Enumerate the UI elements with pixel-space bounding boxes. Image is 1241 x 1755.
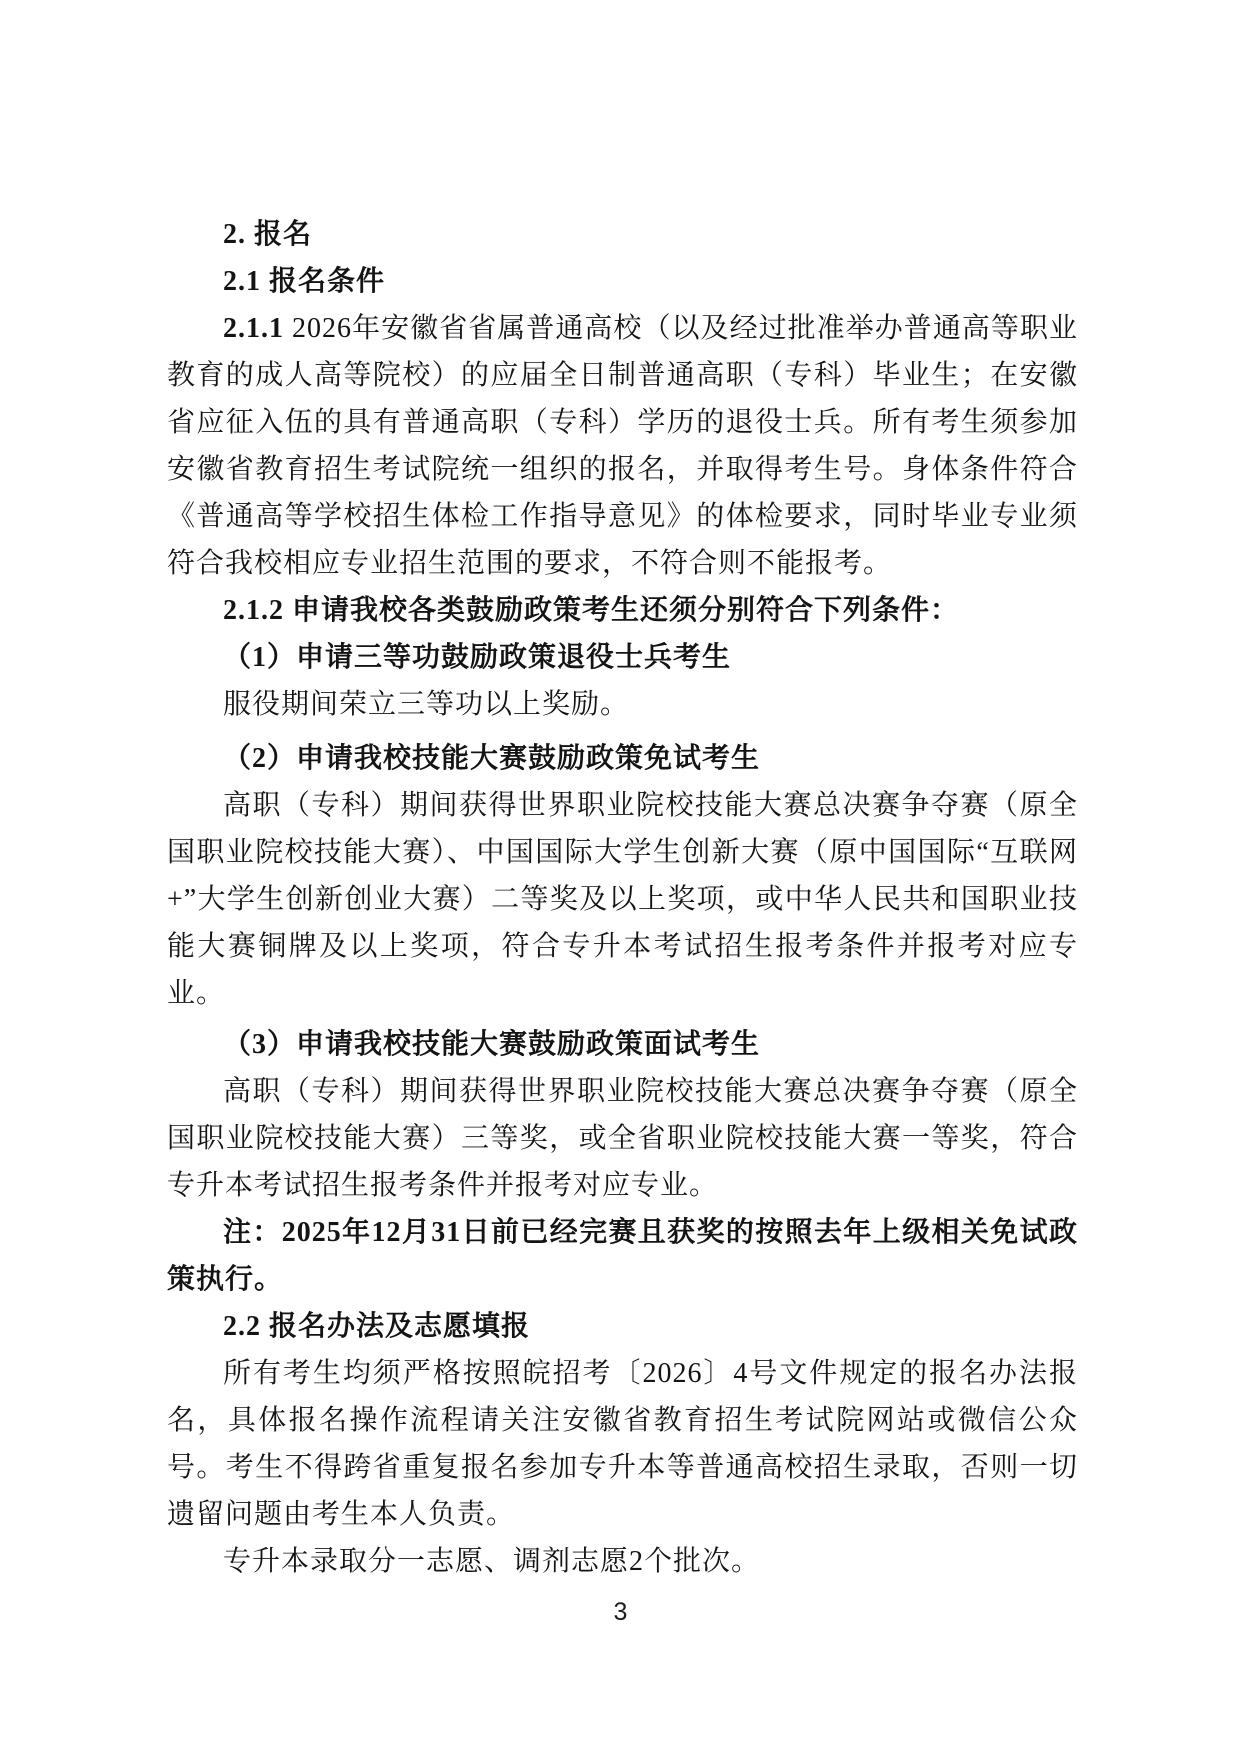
heading-2-1-2-incentive-conditions: 2.1.2 申请我校各类鼓励政策考生还须分别符合下列条件：	[167, 587, 1078, 634]
para-note-deadline: 注：2025年12月31日前已经完赛且获奖的按照去年上级相关免试政策执行。	[167, 1209, 1078, 1303]
heading-2-baoming: 2. 报名	[167, 211, 1078, 258]
heading-item-2-skill-contest-exempt: （2）申请我校技能大赛鼓励政策免试考生	[167, 735, 1078, 782]
para-item-3-body: 高职（专科）期间获得世界职业院校技能大赛总决赛争夺赛（原全国职业院校技能大赛）三…	[167, 1068, 1078, 1209]
document-page: 2. 报名 2.1 报名条件 2.1.1 2026年安徽省省属普通高校（以及经过…	[0, 0, 1241, 1755]
para-item-2-body: 高职（专科）期间获得世界职业院校技能大赛总决赛争夺赛（原全国职业院校技能大赛）、…	[167, 782, 1078, 1017]
heading-2-1-baoming-tiaojian: 2.1 报名条件	[167, 258, 1078, 305]
para-item-1-body: 服役期间荣立三等功以上奖励。	[167, 681, 1078, 728]
para-registration-method: 所有考生均须严格按照皖招考〔2026〕4号文件规定的报名办法报名，具体报名操作流…	[167, 1350, 1078, 1538]
page-footer: 3	[0, 1598, 1241, 1627]
para-2-1-1-text: 2026年安徽省省属普通高校（以及经过批准举办普通高等职业教育的成人高等院校）的…	[167, 313, 1078, 579]
section-number-2-1-1: 2.1.1	[223, 313, 284, 344]
document-body: 2. 报名 2.1 报名条件 2.1.1 2026年安徽省省属普通高校（以及经过…	[167, 211, 1078, 1585]
para-2-1-1-eligibility: 2.1.1 2026年安徽省省属普通高校（以及经过批准举办普通高等职业教育的成人…	[167, 305, 1078, 587]
heading-item-3-skill-contest-interview: （3）申请我校技能大赛鼓励政策面试考生	[167, 1021, 1078, 1068]
heading-item-1-third-class-merit: （1）申请三等功鼓励政策退役士兵考生	[167, 634, 1078, 681]
page-number: 3	[614, 1598, 628, 1626]
para-admission-batches: 专升本录取分一志愿、调剂志愿2个批次。	[167, 1538, 1078, 1585]
heading-2-2-method-and-preference: 2.2 报名办法及志愿填报	[167, 1303, 1078, 1350]
